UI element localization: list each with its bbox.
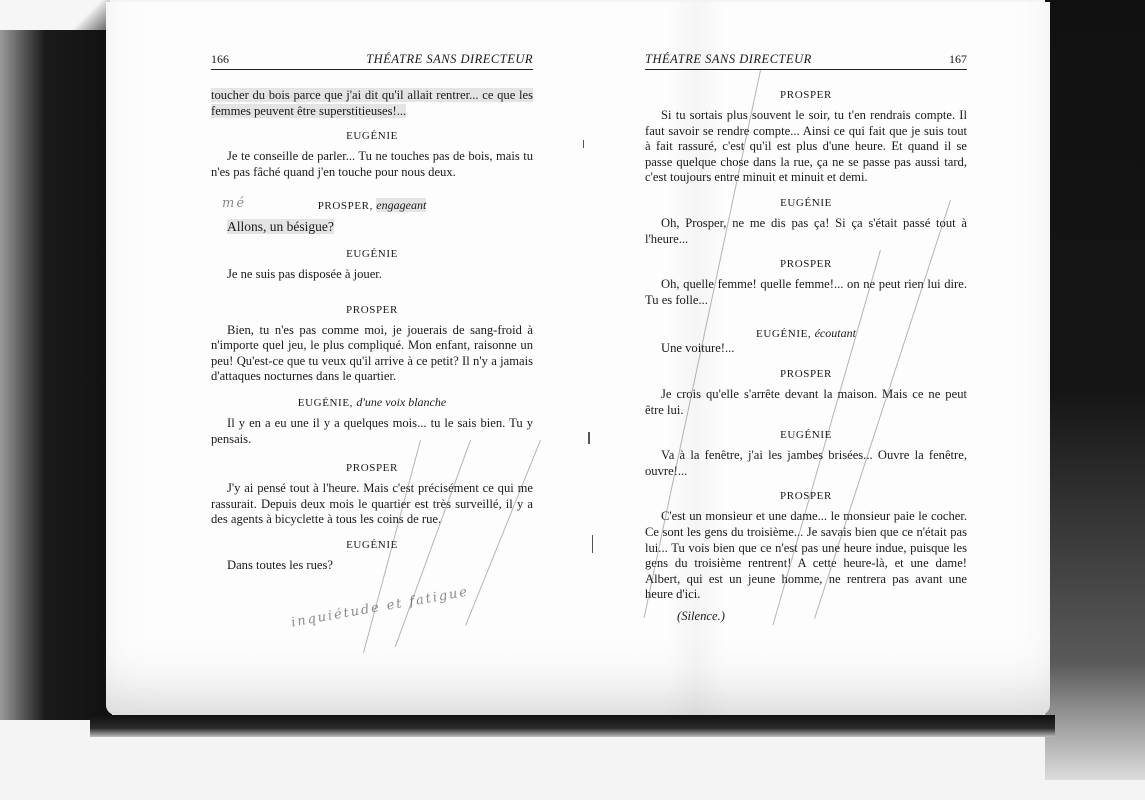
running-head: THÉATRE SANS DIRECTEUR 167: [645, 52, 967, 70]
speaker-label: PROSPER: [211, 461, 533, 475]
speech: J'y ai pensé tout à l'heure. Mais c'est …: [211, 481, 533, 528]
speaker-label: PROSPER, engageant: [211, 198, 533, 213]
speaker-label: PROSPER: [211, 303, 533, 317]
running-head: 166 THÉATRE SANS DIRECTEUR: [211, 52, 533, 70]
speaker-label: EUGÉNIE: [211, 129, 533, 143]
gutter-mark: [588, 432, 590, 444]
scan-edge-right: [1045, 0, 1145, 780]
scan-edge-left: [0, 30, 112, 720]
speech: toucher du bois parce que j'ai dit qu'il…: [211, 88, 533, 119]
speaker-label: EUGÉNIE, écoutant: [645, 326, 967, 341]
speaker-label: EUGÉNIE: [645, 428, 967, 442]
speech: Bien, tu n'es pas comme moi, je jouerais…: [211, 323, 533, 385]
speaker-label: EUGÉNIE: [645, 196, 967, 210]
speech: Allons, un bésigue?: [211, 219, 533, 235]
right-page: THÉATRE SANS DIRECTEUR 167 PROSPER Si tu…: [645, 52, 967, 624]
speech: Je te conseille de parler... Tu ne touch…: [211, 149, 533, 180]
speaker-label: EUGÉNIE, d'une voix blanche: [211, 395, 533, 410]
speech: Dans toutes les rues?: [211, 558, 533, 574]
page-number: 167: [949, 52, 967, 67]
speech: Je crois qu'elle s'arrête devant la mais…: [645, 387, 967, 418]
stage-direction: (Silence.): [645, 609, 967, 624]
speaker-label: PROSPER: [645, 257, 967, 271]
speaker-label: PROSPER: [645, 489, 967, 503]
speech: Oh, Prosper, ne me dis pas ça! Si ça s'é…: [645, 216, 967, 247]
running-title: THÉATRE SANS DIRECTEUR: [645, 52, 812, 67]
left-page: 166 THÉATRE SANS DIRECTEUR toucher du bo…: [211, 52, 533, 580]
speech: Va à la fenêtre, j'ai les jambes brisées…: [645, 448, 967, 479]
running-title: THÉATRE SANS DIRECTEUR: [366, 52, 533, 67]
speech: Il y en a eu une il y a quelques mois...…: [211, 416, 533, 447]
gutter-mark: [592, 535, 593, 553]
speaker-label: EUGÉNIE: [211, 247, 533, 261]
speaker-label: PROSPER: [645, 88, 967, 102]
speech: Je ne suis pas disposée à jouer.: [211, 267, 533, 283]
gutter-mark: [583, 140, 584, 148]
speech: Si tu sortais plus souvent le soir, tu t…: [645, 108, 967, 186]
speaker-label: EUGÉNIE: [211, 538, 533, 552]
speech: C'est un monsieur et une dame... le mons…: [645, 509, 967, 603]
scan-edge-bottom: [90, 715, 1055, 737]
speech: Une voiture!...: [645, 341, 967, 357]
handwritten-note: mé: [222, 196, 246, 211]
page-number: 166: [211, 52, 229, 67]
